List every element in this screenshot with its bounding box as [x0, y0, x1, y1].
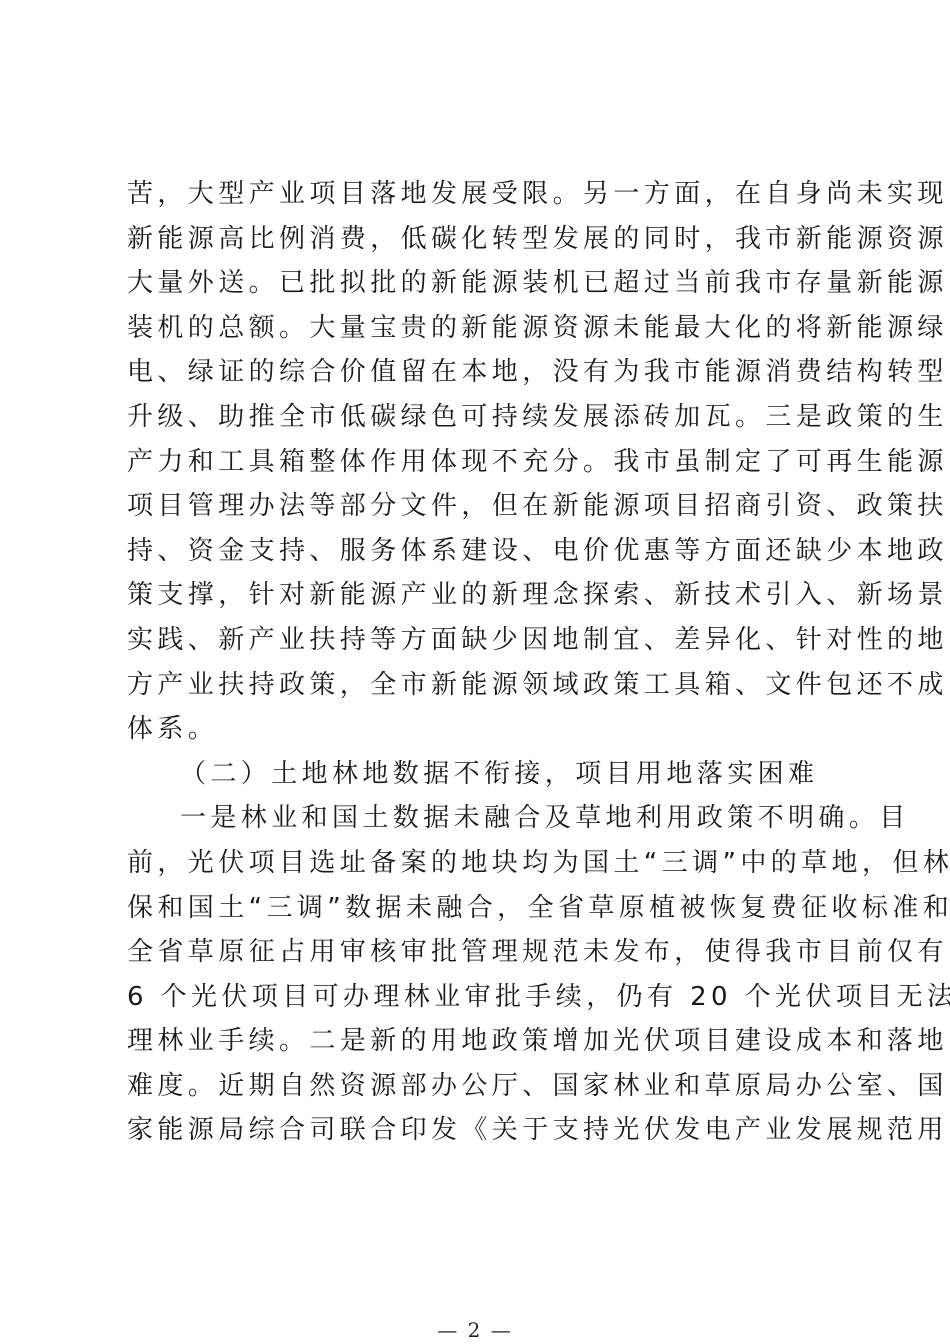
paragraph-line: 持、资金支持、服务体系建设、电价优惠等方面还缺少本地政: [127, 529, 827, 574]
body-text: 苦，大型产业项目落地发展受限。另一方面，在自身尚未实现 新能源高比例消费，低碳化…: [127, 172, 827, 1153]
paragraph-line: 前，光伏项目选址备案的地块均为国土“三调”中的草地，但林: [127, 841, 827, 886]
paragraph-line: 家能源局综合司联合印发《关于支持光伏发电产业发展规范用: [127, 1108, 827, 1153]
paragraph-line: 产力和工具箱整体作用体现不充分。我市虽制定了可再生能源: [127, 440, 827, 485]
page-number: — 2 —: [0, 1318, 950, 1342]
paragraph-line: 6 个光伏项目可办理林业审批手续，仍有 20 个光伏项目无法办: [127, 975, 827, 1020]
paragraph-line: 策支撑，针对新能源产业的新理念探索、新技术引入、新场景: [127, 573, 827, 618]
paragraph-line: 装机的总额。大量宝贵的新能源资源未能最大化的将新能源绿: [127, 306, 827, 351]
section-heading: （二）土地林地数据不衔接，项目用地落实困难: [127, 752, 827, 797]
document-page: 苦，大型产业项目落地发展受限。另一方面，在自身尚未实现 新能源高比例消费，低碳化…: [0, 0, 950, 1344]
paragraph-line: 电、绿证的综合价值留在本地，没有为我市能源消费结构转型: [127, 350, 827, 395]
paragraph-line: 新能源高比例消费，低碳化转型发展的同时，我市新能源资源: [127, 217, 827, 262]
paragraph-line: 全省草原征占用审核审批管理规范未发布，使得我市目前仅有: [127, 930, 827, 975]
paragraph-line: 理林业手续。二是新的用地政策增加光伏项目建设成本和落地: [127, 1019, 827, 1064]
paragraph-line: 项目管理办法等部分文件，但在新能源项目招商引资、政策扶: [127, 484, 827, 529]
paragraph-line: 升级、助推全市低碳绿色可持续发展添砖加瓦。三是政策的生: [127, 395, 827, 440]
paragraph-line: 方产业扶持政策，全市新能源领域政策工具箱、文件包还不成: [127, 663, 827, 708]
paragraph-line: 实践、新产业扶持等方面缺少因地制宜、差异化、针对性的地: [127, 618, 827, 663]
paragraph-line: 大量外送。已批拟批的新能源装机已超过当前我市存量新能源: [127, 261, 827, 306]
paragraph-line: 苦，大型产业项目落地发展受限。另一方面，在自身尚未实现: [127, 172, 827, 217]
paragraph-line: 一是林业和国土数据未融合及草地利用政策不明确。目: [127, 796, 827, 841]
paragraph-line: 难度。近期自然资源部办公厅、国家林业和草原局办公室、国: [127, 1064, 827, 1109]
paragraph-line: 体系。: [127, 707, 827, 752]
paragraph-line: 保和国土“三调”数据未融合，全省草原植被恢复费征收标准和: [127, 886, 827, 931]
